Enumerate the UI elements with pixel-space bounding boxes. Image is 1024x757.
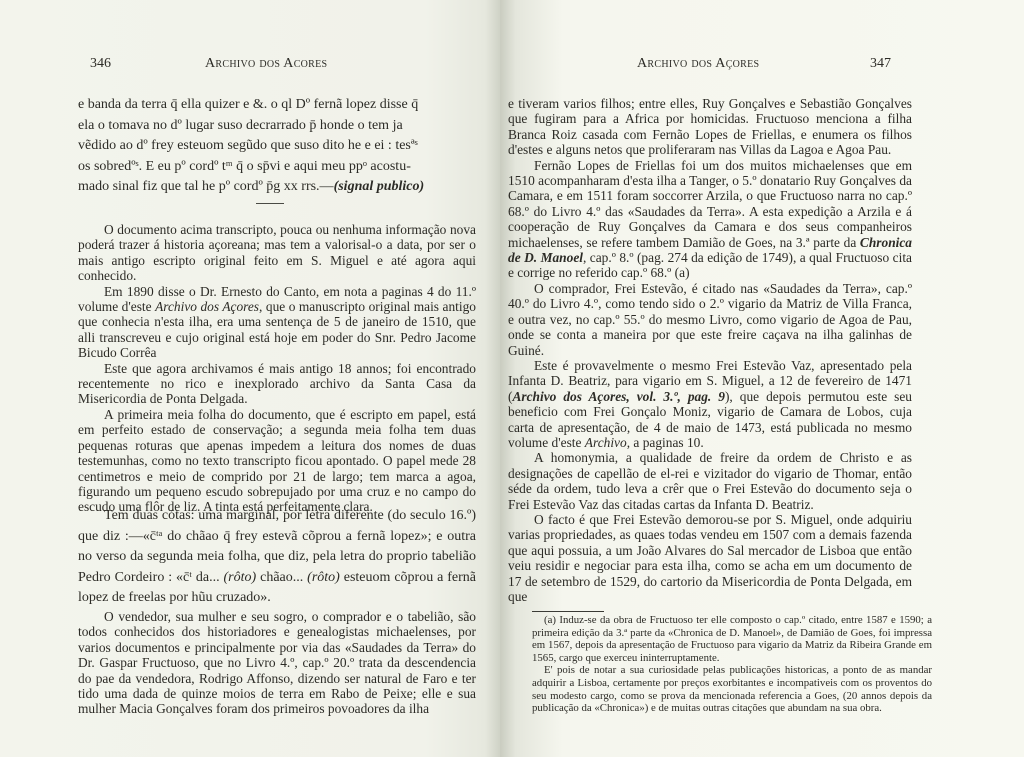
page-number: 346 bbox=[90, 56, 111, 72]
paragraph: Este que agora archivamos é mais antigo … bbox=[78, 361, 476, 407]
footnote: (a) Induz-se da obra de Fructuoso ter el… bbox=[532, 614, 932, 715]
transcription-line: vẽdido ao dº frey esteuom segũdo que sus… bbox=[78, 136, 476, 157]
roto-note: (rôto) bbox=[307, 570, 340, 585]
footnote-paragraph: (a) Induz-se da obra de Fructuoso ter el… bbox=[532, 614, 932, 664]
signal-publico-note: (signal publico) bbox=[334, 179, 425, 194]
commentary-text: O documento acima transcripto, pouca ou … bbox=[78, 222, 476, 515]
vendor-paragraph: O vendedor, sua mulher e seu sogro, o co… bbox=[78, 609, 476, 717]
transcription-line: os sobredºˢ. E eu pº cordº tᵐ q̄ o sp̄vi… bbox=[78, 157, 476, 178]
paragraph: O vendedor, sua mulher e seu sogro, o co… bbox=[78, 609, 476, 717]
footnote-rule bbox=[532, 611, 604, 612]
roto-note: (rôto) bbox=[224, 570, 257, 585]
paragraph: O facto é que Frei Estevão demorou-se po… bbox=[508, 512, 912, 604]
book-spread: 346 Archivo dos Acores e banda da terra … bbox=[0, 0, 1024, 757]
page-number: 347 bbox=[870, 56, 891, 72]
footnote-paragraph: E' pois de notar a sua curiosidade pelas… bbox=[532, 664, 932, 714]
running-head: Archivo dos Açores bbox=[637, 56, 759, 72]
italic-title: Archivo dos Açores bbox=[155, 299, 259, 314]
transcription-line: ela o tomava no dº lugar suso decrarrado… bbox=[78, 116, 476, 137]
transcription-line: mado sinal fiz que tal he pº cordº p̄g x… bbox=[78, 177, 476, 198]
paragraph: A primeira meia folha do documento, que … bbox=[78, 407, 476, 515]
right-body-text: e tiveram varios filhos; entre elles, Ru… bbox=[508, 96, 912, 604]
document-transcription: e banda da terra q̄ ella quizer e &. o q… bbox=[78, 95, 476, 198]
paragraph: Fernão Lopes de Friellas foi um dos muit… bbox=[508, 158, 912, 281]
italic-citation: Archivo dos Açores, vol. 3.º, pag. 9 bbox=[512, 389, 724, 404]
italic-title: Archivo bbox=[585, 435, 627, 450]
cotas-paragraph: Tem duas cótas: uma marginal, por letra … bbox=[78, 506, 476, 609]
running-head: Archivo dos Acores bbox=[205, 56, 327, 72]
paragraph: Em 1890 disse o Dr. Ernesto do Canto, em… bbox=[78, 284, 476, 361]
transcription-text: mado sinal fiz que tal he pº cordº p̄g x… bbox=[78, 179, 334, 194]
transcription-line: e banda da terra q̄ ella quizer e &. o q… bbox=[78, 95, 476, 116]
paragraph: Este é provavelmente o mesmo Frei Estevã… bbox=[508, 358, 912, 450]
paragraph: O documento acima transcripto, pouca ou … bbox=[78, 222, 476, 284]
paragraph: O comprador, Frei Estevão, é citado nas … bbox=[508, 281, 912, 358]
left-page: 346 Archivo dos Acores e banda da terra … bbox=[0, 0, 500, 757]
section-divider bbox=[256, 203, 284, 204]
paragraph: e tiveram varios filhos; entre elles, Ru… bbox=[508, 96, 912, 158]
paragraph: A homonymia, a qualidade de freire da or… bbox=[508, 450, 912, 512]
